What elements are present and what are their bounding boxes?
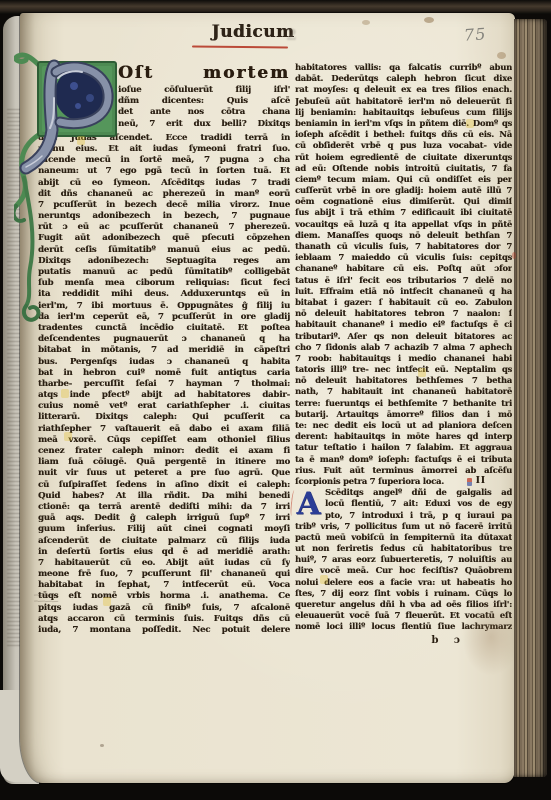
signature-mark: b ɔ [295, 635, 512, 646]
text-line: dabāt. Dederūtqs caleph hebron ſicut dix… [295, 73, 512, 84]
text-line: Scēditqs angelº dñi de galgalis ad [325, 487, 512, 498]
column2-lines-before: habitatores vallis: qa falcatis curribº … [295, 62, 512, 476]
text-line: bus. Pergenſqs iudas ɔ chananeū q habita [38, 357, 290, 368]
text-line: dire vocē meā. Cur hoc feciſtis? Quāobre… [295, 565, 512, 576]
text-line: ſus abijt ī trā ethim 7 edificauit ibi c… [295, 207, 512, 218]
text-line: bat in hebron cuiº nomē fuit antiqtus ca… [38, 368, 290, 379]
text-line: det ante nos cōtra chana [118, 107, 290, 118]
text-line: habitabat in ſephat, 7 intfecerūt eū. Vo… [38, 580, 290, 591]
text-line: thanath cū viculis ſuis, 7 habitatores d… [295, 241, 512, 252]
text-line: luit. Effraim etiā nō intfecit chananeū … [295, 286, 512, 297]
text-line: nuit vir ſuus ut peteret a pre ſuo agrū.… [38, 468, 290, 479]
text-line: cho 7 ſidonis alab 7 achazib 7 alma 7 ap… [295, 342, 512, 353]
text-line: rat moyſes: q deleuit ex ea tres filios … [295, 84, 512, 95]
text-line: tatur teſtatio i hailon 7 ſalabim. Et ag… [295, 442, 512, 453]
text-line: butarij. Artauitqs āmorreº filios dan i … [295, 409, 512, 420]
text-line: tatus ē iſrl' fecit eos tributarios 7 de… [295, 275, 512, 286]
text-line: rius. Fuit aūt terminus āmorrei ab aſcēſ… [295, 465, 512, 476]
text-line: rūt ɔ eū ac pcuſſerūt chananeū 7 phereze… [38, 222, 290, 233]
text-block: Oſt mortem ioſue cōſuluerūt filij iſrl'd… [20, 62, 515, 762]
text-line: vocauitqs eā luzā q ita appellat vſqs in… [295, 219, 512, 230]
text-line: Jebuſeū aūt habitatorē ierl'm nō deleuer… [295, 96, 512, 107]
text-line: huiº, 7 aras eorz ſubuerteretis, 7 nolui… [295, 554, 512, 565]
text-line: in deſertū ſortis eius qd ē ad meridiē a… [38, 547, 290, 558]
text-line: beniamin in ierl'm vſqs in pñtem diē. Do… [295, 118, 512, 129]
table-edge [0, 0, 551, 14]
text-line: tharbe- percuſſit ſeſai 7 hayman 7 tholm… [38, 379, 290, 390]
text-line: 7 roob: habitauitqs i medio chananei hab… [295, 353, 512, 364]
text-line: Quid habes? At illa rñdit. Da mihi bened… [38, 491, 290, 502]
text-line: manu eius. Et ait iudas ſymeoni fratri ſ… [38, 144, 290, 155]
text-line: locū flentiū, 7 ait: Eduxi vos de egy [325, 498, 512, 509]
text-line: ieblaam 7 maieddo cū viculis ſuis: cepit… [295, 252, 512, 263]
illuminated-initial-A: A [295, 487, 322, 521]
text-line: guā aqs. Dedit ĝ caleph irriguū ſupº 7 i… [38, 513, 290, 524]
text-line: habitatores vallis: qa falcatis curribº … [295, 62, 512, 73]
running-title: Judicum [188, 22, 318, 42]
text-line: atqs accaron cū terminis ſuis. Fuitqs dñ… [38, 614, 290, 625]
text-line: ta ē manº domº ioſeph: factuſqs ē ei tri… [295, 454, 512, 465]
text-line: nō deleuit habitatores tebron 7 naalon: … [295, 308, 512, 319]
text-line: lij beniamin: habitauitqs iebuſeus cum f… [295, 107, 512, 118]
text-line: derūt ceſis ſūmitatibº manuū eius ac ped… [38, 245, 290, 256]
incipit-heading: Oſt mortem [118, 62, 290, 85]
text-line: terre: fueruntqs ei bethſemite 7 bethani… [295, 398, 512, 409]
text-line: pto, 7 introduxi i trā, p q iuraui pa [325, 510, 512, 521]
text-line: tatoris illiº tre- nec intfecit eū. Nept… [295, 364, 512, 375]
text-line: cuius nomē vetº erat cariathſepher .i. c… [38, 401, 290, 412]
text-line: guum inferius. Filij aūt cinei cognati m… [38, 524, 290, 535]
text-line: tribº vris, 7 pollicitus ſum ut nō facer… [295, 521, 512, 532]
ink-offset-ghost: 2 [286, 25, 297, 44]
column2-lines-after: tribº vris, 7 pollicitus ſum ut nō facer… [295, 521, 512, 633]
text-line: cū obſiderēt vrbē q pus luza vocabat- vi… [295, 140, 512, 151]
chapter2-opening: A Scēditqs angelº dñi de galgalis adlocū… [295, 487, 512, 521]
rubric-underline [192, 45, 288, 48]
text-line: nath, 7 habitauit int chananeū habitator… [295, 386, 512, 397]
text-line: abijt cū eo ſymeon. Aſcēditqs iudas 7 tr… [38, 178, 290, 189]
text-line: neruntqs adonibezech in bezech, 7 pugnau… [38, 211, 290, 222]
text-column-right: habitatores vallis: qa falcatis curribº … [295, 62, 512, 646]
text-line: bitabat i gazer: ſ habitauit cū eo. Zabu… [295, 297, 512, 308]
text-line: habitauit chananeº i medio eiº factuſqs … [295, 319, 512, 330]
text-line: ut non feriretis fedus cū habitatoribus … [295, 543, 512, 554]
book-fore-edge [514, 19, 547, 777]
text-line: cenez frater caleph minor: dedit ei axam… [38, 446, 290, 457]
text-line: dñs: Judas aſcendet. Ecce tradidi terrā … [38, 133, 290, 144]
text-line: cū ſuſpiraſſet ſedens in aſino dixit ei … [38, 480, 290, 491]
text-line: bitabat in mōtanis, 7 ad meridiē in cāpe… [38, 345, 290, 356]
text-line: putatis manuū ac pedū ſūmitatibº collige… [38, 267, 290, 278]
text-line: derent: habitauitqs in mōte hares qd int… [295, 431, 512, 442]
text-line: nō deleuit habitatores bethſemes 7 betha [295, 375, 512, 386]
text-line: oēm cognationē eius dimiſerūt. Qui dimiſ [295, 196, 512, 207]
photo-background: Judicum 2 75 [0, 0, 551, 800]
text-line: ciemº tecum miam. Qui cū ondiſſet eis pe… [295, 174, 512, 185]
text-line: rūt hoiem egredientē de ciuitate dixerun… [295, 152, 512, 163]
text-line: 7 pcuſſerūt in bezech decē milia virorz.… [38, 200, 290, 211]
text-line: cuſſerūt vrbē in ore gladij: hoiem autē … [295, 185, 512, 196]
text-line: queretur angelus dñi h vba ad oēs filios… [295, 599, 512, 610]
paraph-mark-icon [467, 478, 472, 486]
text-line: da ierl'm ceperūt eā, 7 pcuſſerūt in ore… [38, 312, 290, 323]
book-page: Judicum 2 75 [20, 13, 515, 783]
text-line: naneum: ut 7 ego pgā tecū in ſorten tuā.… [38, 166, 290, 177]
text-line: ierl'm, 7 ibi mortuus ē. Oppugnātes ĝ fi… [38, 301, 290, 312]
text-line: deſcendentes pugnauerūt ɔ chananeū q ha [38, 334, 290, 345]
text-line: Dixitqs adonibezech: Septuagita reges am [38, 256, 290, 267]
text-line: liam ſuā cōiugē. Quā pergentē in itinere… [38, 457, 290, 468]
text-line: pitqs iudas gazā cū finibº ſuis, 7 aſcal… [38, 603, 290, 614]
text-line: 7 habitauerūt cū eo. Abijt aūt iudas cū … [38, 558, 290, 569]
text-line: dit dñs chananeū ac pherezeū in manº eor… [38, 189, 290, 200]
chapter2-indent-lines: Scēditqs angelº dñi de galgalis adlocū f… [325, 487, 512, 521]
text-line: ita reddidit mihi deus. Adduxeruntqs eū … [38, 289, 290, 300]
text-line: ſtes, 7 dij eorz ſint vobis i ruinam. Cū… [295, 588, 512, 599]
text-line: ioſeph aſcēdit i bethel: fuitqs dñs cū e… [295, 129, 512, 140]
text-line: tributariº. Aſer qs non deleuit bitatore… [295, 331, 512, 342]
text-line: ioſue cōſuluerūt filij iſrl' [118, 85, 290, 96]
text-line: diem. Manaſſes quoqs nō deleuit bethſan … [295, 230, 512, 241]
text-line: litterarū. Dixitqs caleph: Qui pcuſſerit… [38, 412, 290, 423]
text-line: eleuauerūt vocē ſuā 7 fleuerūt. Et vocat… [295, 610, 512, 621]
text-line: ad eū: Oſtende nobis introitū ciuitatis,… [295, 163, 512, 174]
text-line: meā vxorē. Cūqs cepiſſet eam othoniel fi… [38, 435, 290, 446]
text-line: atqs inde pfectº abijt ad habitatores da… [38, 390, 290, 401]
text-line: riathſepher 7 vaſtauerit eā dabo ei axam… [38, 424, 290, 435]
text-line: ſub menſa mea ciborum reliquias: ſicut f… [38, 278, 290, 289]
text-line: ctionē: qa terrā arentē dediſti mihi: da… [38, 502, 290, 513]
text-line: aſcenderūt de ciuitate palmarz cū filijs… [38, 536, 290, 547]
folio-number: 75 [463, 24, 487, 45]
text-column-left: Oſt mortem ioſue cōſuluerūt filij iſrl'd… [38, 62, 290, 636]
text-line: te: nec dedit eis locū ut ad planiora de… [295, 420, 512, 431]
text-line: iuda, 7 montana poſſedit. Nec potuit del… [38, 625, 290, 636]
text-line: chananeº habitare cū eis. Poſtq aūt ɔfor [295, 263, 512, 274]
text-line: tradentes cunctā incēdio ciuitatē. Et po… [38, 323, 290, 334]
text-line: nolui delere eos a facie vra: ut habeati… [295, 577, 512, 588]
chapter-number: II [476, 476, 486, 487]
text-line: dñm dicentes: Quis aſcē [118, 96, 290, 107]
text-line: nomē loci illiº locus flentiū ſiue lachr… [295, 621, 512, 632]
text-line: meone frē ſuo, 7 pcuſſerunt ſil' chanane… [38, 569, 290, 580]
chapter-marker: II [467, 476, 486, 487]
text-line: pactū meū vobiſcū in ſempiternū ita dūta… [295, 532, 512, 543]
chapter-heading-line: ſcorpionis petra 7 ſuperiora loca. II [295, 476, 512, 487]
incipit-indent-lines: ioſue cōſuluerūt filij iſrl'dñm dicentes… [118, 85, 290, 130]
text-line: Aſcende mecū in ſortē meā, 7 pugna ɔ cha [38, 155, 290, 166]
text-line: Fugit aūt adonibezech quē pſecuti cōpzeh… [38, 233, 290, 244]
text-line: neū, 7 erit dux belli? Dixitqs [118, 119, 290, 130]
text-line: tūqs eſt nomē vrbis horma .i. anathema. … [38, 591, 290, 602]
column1-lines: dñs: Judas aſcendet. Ecce tradidi terrā … [38, 133, 290, 636]
